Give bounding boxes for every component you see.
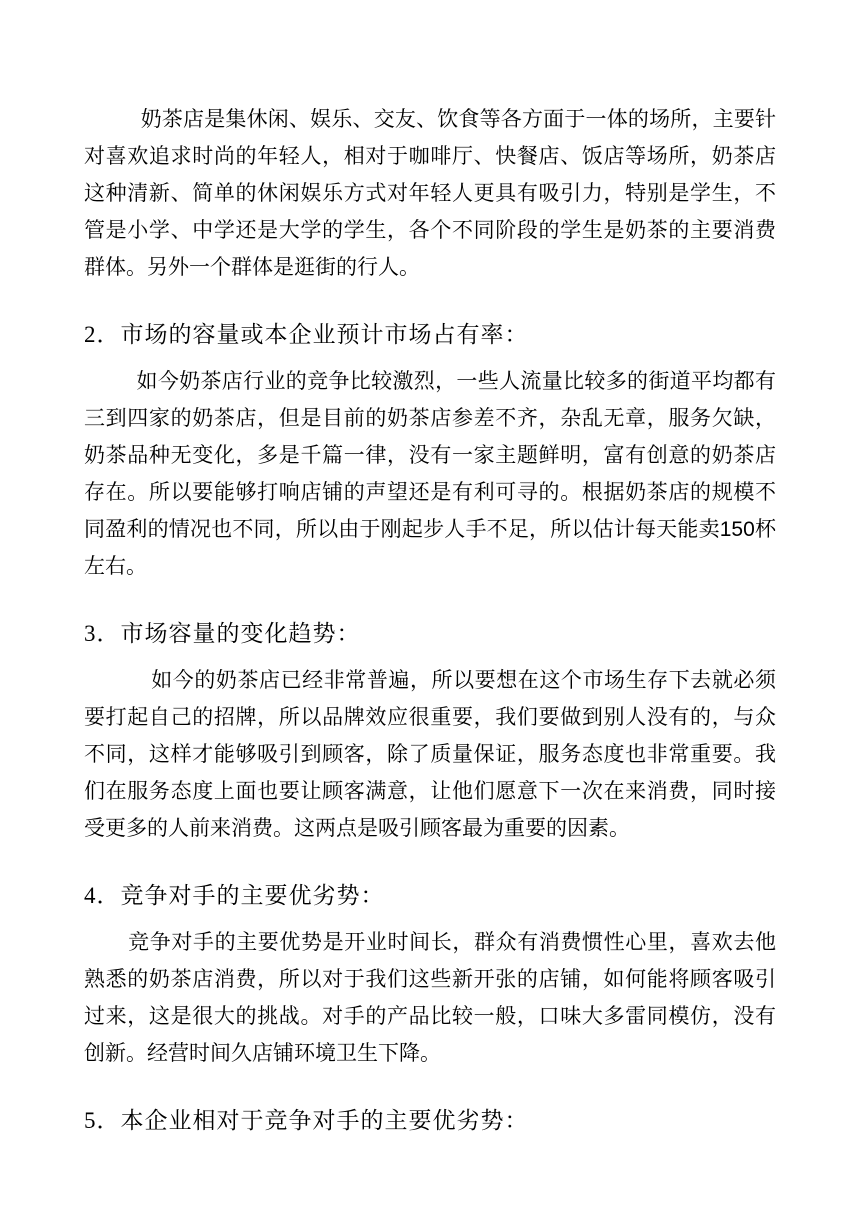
section-2-heading: 2．市场的容量或本企业预计市场占有率： — [84, 316, 776, 353]
section-3-paragraph: 如今的奶茶店已经非常普遍，所以要想在这个市场生存下去就必须要打起自己的招牌，所以… — [84, 662, 776, 847]
section-5-heading: 5．本企业相对于竞争对手的主要优劣势： — [84, 1102, 776, 1139]
section-2-paragraph: 如今奶茶店行业的竞争比较激烈，一些人流量比较多的街道平均都有三到四家的奶茶店，但… — [84, 363, 776, 585]
section-4-paragraph: 竞争对手的主要优势是开业时间长，群众有消费惯性心里，喜欢去他熟悉的奶茶店消费，所… — [84, 924, 776, 1072]
intro-paragraph: 奶茶店是集休闲、娱乐、交友、饮食等各方面于一体的场所，主要针对喜欢追求时尚的年轻… — [84, 101, 776, 286]
section-3-heading: 3．市场容量的变化趋势： — [84, 615, 776, 652]
section-4-heading: 4．竞争对手的主要优劣势： — [84, 877, 776, 914]
document-page: 奶茶店是集休闲、娱乐、交友、饮食等各方面于一体的场所，主要针对喜欢追求时尚的年轻… — [0, 0, 860, 1216]
